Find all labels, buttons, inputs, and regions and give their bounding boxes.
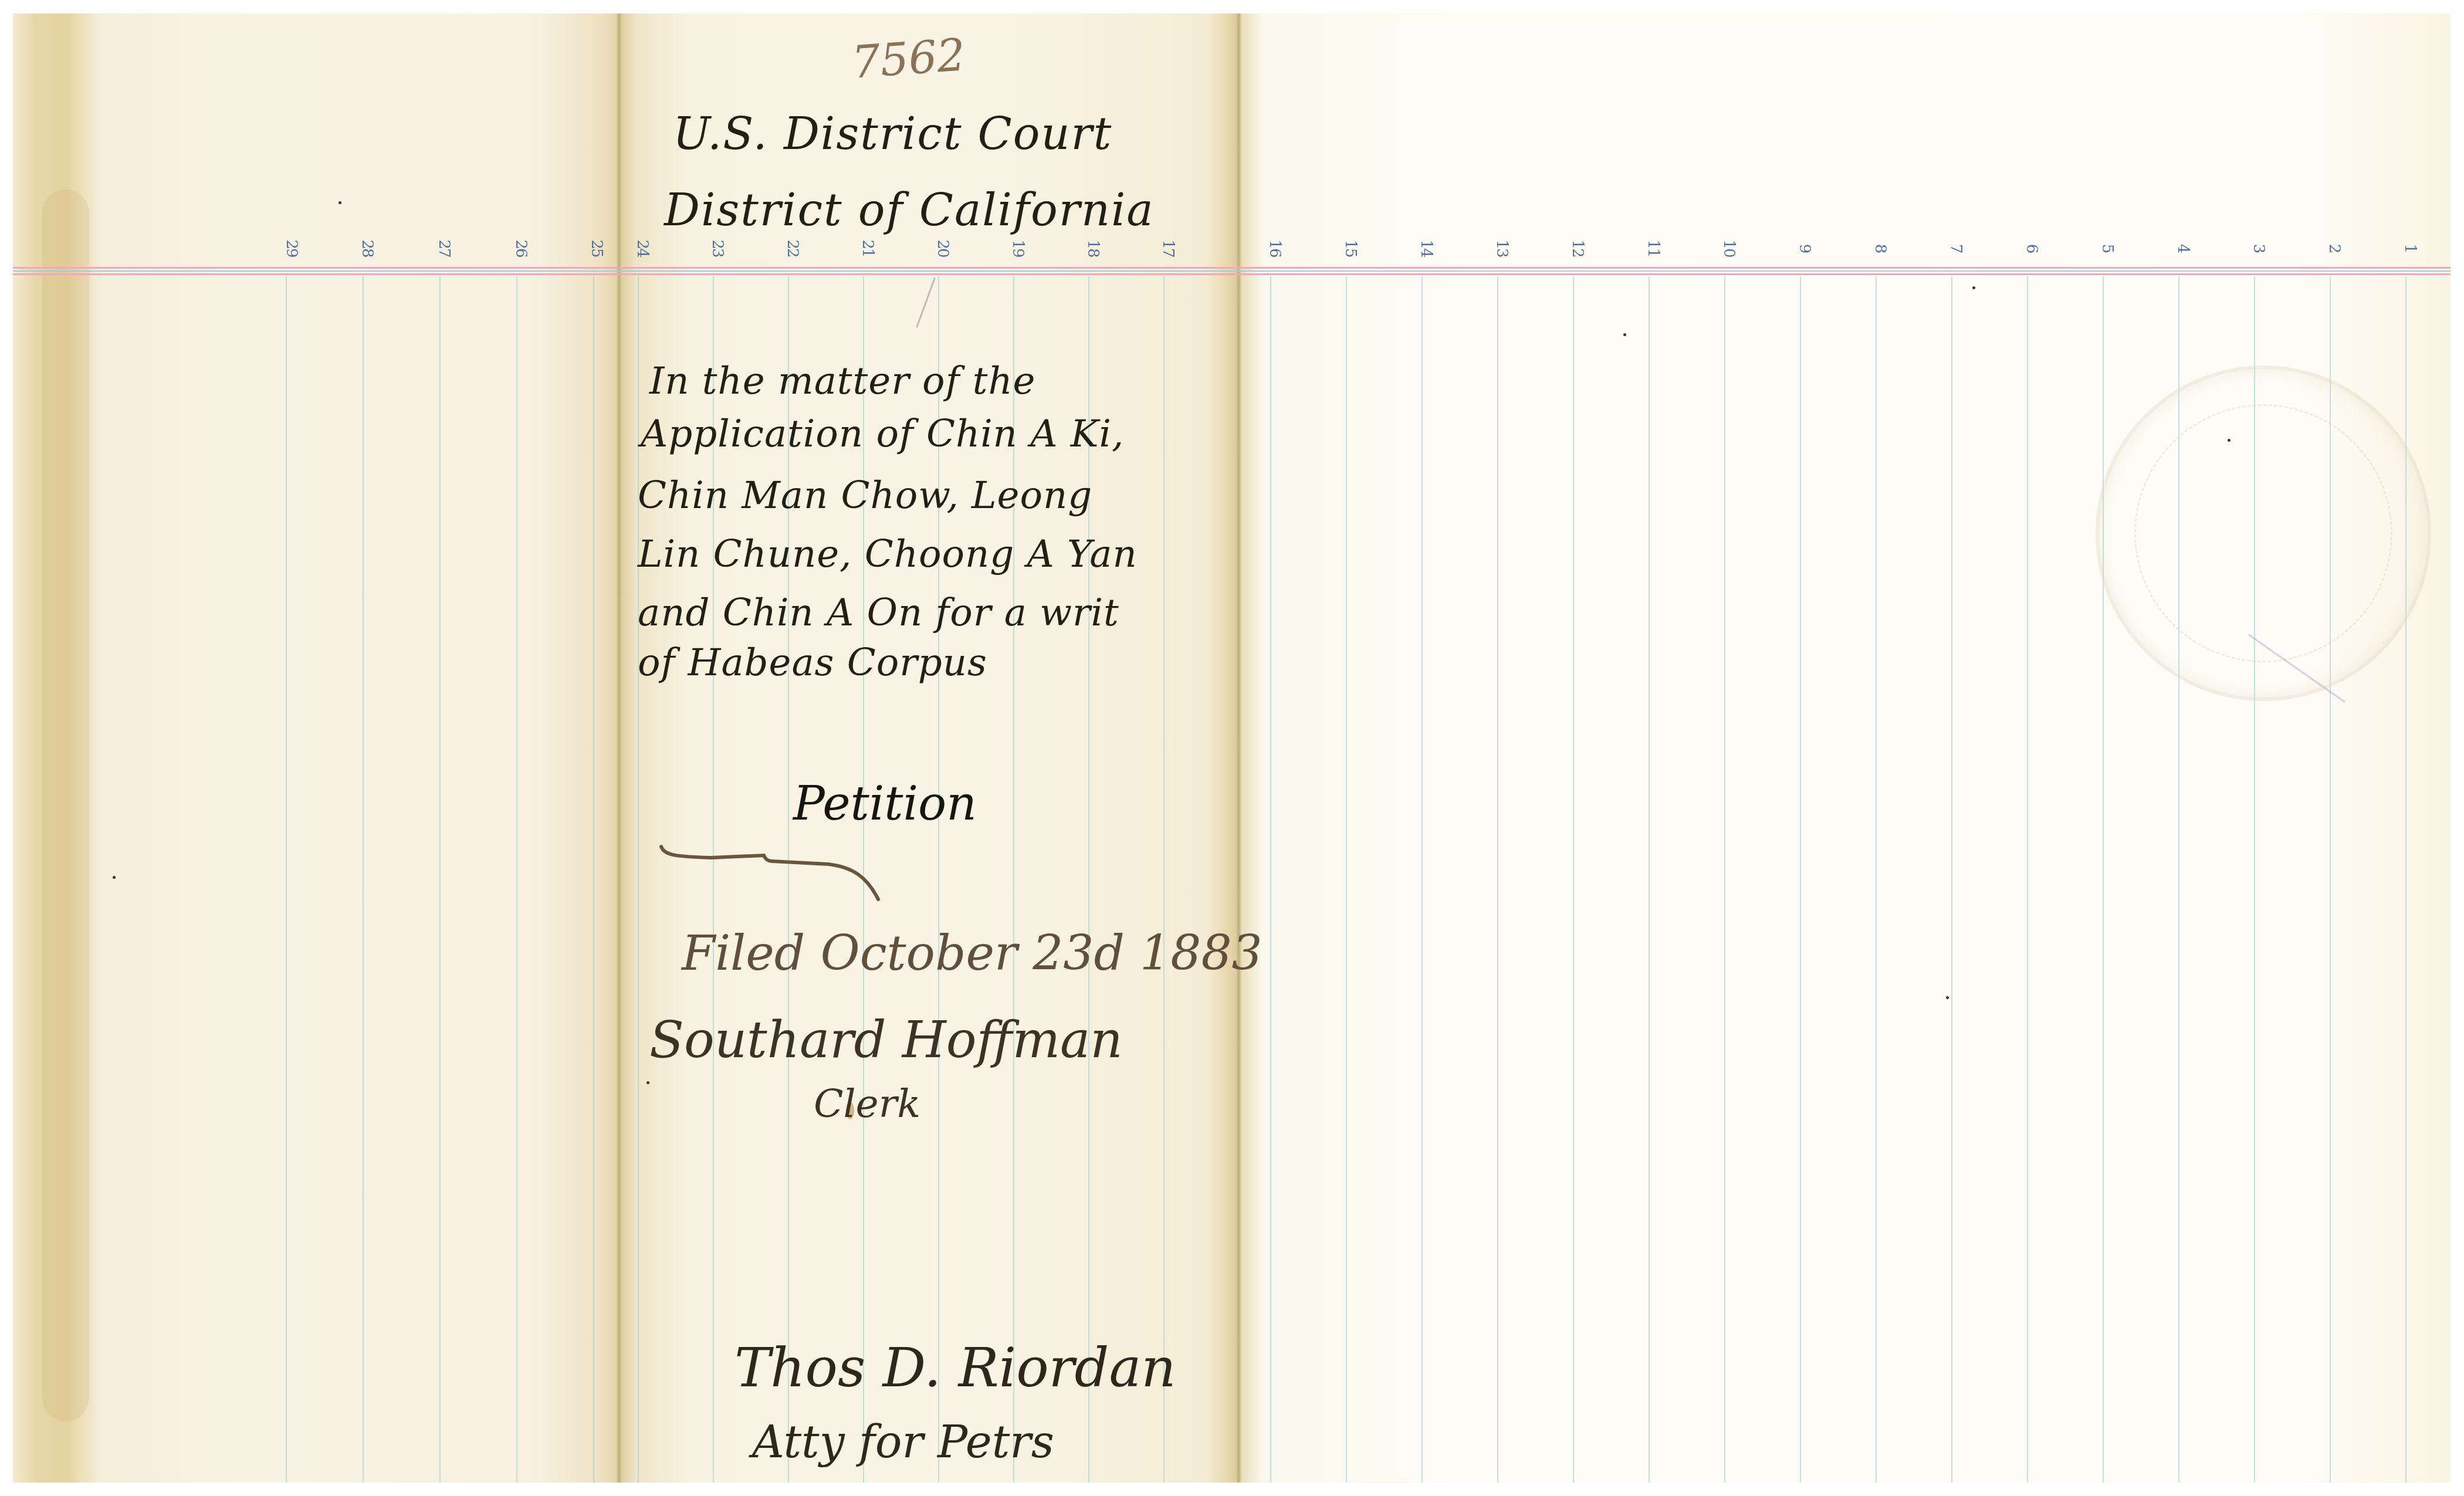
column-number: 27 — [435, 236, 453, 260]
ruled-line — [1951, 276, 1952, 1483]
column-number: 17 — [1159, 236, 1177, 260]
column-number: 23 — [709, 236, 726, 260]
column-number: 6 — [2023, 236, 2040, 260]
fold-crease-left — [616, 13, 622, 1483]
caption-line: Application of Chin A Ki, — [641, 412, 1124, 456]
caption-line: of Habeas Corpus — [638, 641, 987, 685]
column-number: 19 — [1009, 236, 1027, 260]
ruled-line — [1270, 276, 1271, 1483]
docket-number: 7562 — [850, 28, 967, 88]
stain-left-edge — [42, 189, 89, 1421]
column-number: 18 — [1084, 236, 1102, 260]
attorney-signature: Thos D. Riordan — [735, 1336, 1176, 1399]
column-number: 2 — [2326, 236, 2343, 260]
column-number: 1 — [2401, 236, 2419, 260]
ruled-line — [2103, 276, 2104, 1483]
ruled-line — [1800, 276, 1801, 1483]
column-number: 16 — [1266, 236, 1284, 260]
caption-line: In the matter of the — [649, 360, 1035, 403]
speck — [339, 201, 341, 204]
court-name: U.S. District Court — [673, 107, 1112, 160]
attorney-title: Atty for Petrs — [752, 1416, 1054, 1468]
left-panel — [13, 13, 619, 1483]
filed-date: Filed October 23d 1883 — [682, 926, 1263, 981]
column-number: 10 — [1720, 236, 1738, 260]
margin-line-pink-top — [13, 267, 2451, 269]
column-number: 3 — [2250, 236, 2267, 260]
ruled-line — [286, 276, 287, 1483]
clerk-title: Clerk — [814, 1081, 920, 1126]
court-district: District of California — [664, 184, 1155, 236]
ruled-line — [1876, 276, 1877, 1483]
column-number: 20 — [934, 236, 952, 260]
seal-inner-ring — [2134, 404, 2392, 662]
embossed-court-seal — [2096, 365, 2431, 701]
column-number: 13 — [1493, 236, 1511, 260]
ruled-line — [1346, 276, 1347, 1483]
ruled-line — [363, 276, 364, 1483]
column-number: 12 — [1569, 236, 1586, 260]
column-number: 8 — [1871, 236, 1889, 260]
margin-rule-band — [13, 267, 2451, 276]
title-flourish — [658, 844, 887, 902]
caption-line: Lin Chune, Choong A Yan — [638, 533, 1138, 576]
caption-line: Chin Man Chow, Leong — [638, 474, 1092, 517]
caption-line: and Chin A On for a writ — [638, 591, 1119, 635]
ruled-line — [439, 276, 441, 1483]
ruled-line — [1163, 276, 1165, 1483]
column-number: 11 — [1644, 236, 1662, 260]
column-number: 28 — [358, 236, 376, 260]
column-number: 29 — [283, 236, 300, 260]
speck — [647, 1081, 649, 1084]
column-number: 25 — [588, 236, 605, 260]
ruled-line — [2027, 276, 2028, 1483]
speck — [1946, 996, 1949, 999]
column-number: 5 — [2099, 236, 2116, 260]
ruled-line — [1088, 276, 1089, 1483]
speck — [1623, 333, 1626, 336]
column-number: 22 — [784, 236, 801, 260]
margin-line-pink-bottom — [13, 273, 2451, 275]
speck — [2228, 439, 2231, 442]
fold-crease-right — [1236, 13, 1242, 1483]
margin-line-blue — [13, 270, 2451, 272]
column-number: 26 — [512, 236, 530, 260]
ruled-line — [638, 276, 639, 1483]
ruled-line — [516, 276, 517, 1483]
ruled-line — [1649, 276, 1650, 1483]
column-number: 15 — [1342, 236, 1359, 260]
column-number: 7 — [1947, 236, 1965, 260]
column-number: 9 — [1796, 236, 1813, 260]
right-panel — [1239, 13, 2451, 1483]
ruled-line — [1497, 276, 1498, 1483]
column-number: 21 — [859, 236, 876, 260]
column-number: 14 — [1417, 236, 1435, 260]
speck — [1972, 286, 1975, 289]
clerk-signature: Southard Hoffman — [649, 1011, 1123, 1069]
ruled-line — [593, 276, 594, 1483]
ruled-line — [1573, 276, 1574, 1483]
document-title: Petition — [793, 776, 977, 831]
ruled-line — [938, 276, 939, 1483]
document-sheet: 29 28 27 26 25 24 23 22 21 20 19 18 17 1… — [13, 13, 2451, 1483]
speck — [113, 876, 116, 879]
ruled-line — [1013, 276, 1014, 1483]
column-number: 24 — [634, 236, 651, 260]
ruled-line — [1724, 276, 1725, 1483]
ruled-line — [1421, 276, 1423, 1483]
column-number: 4 — [2174, 236, 2192, 260]
